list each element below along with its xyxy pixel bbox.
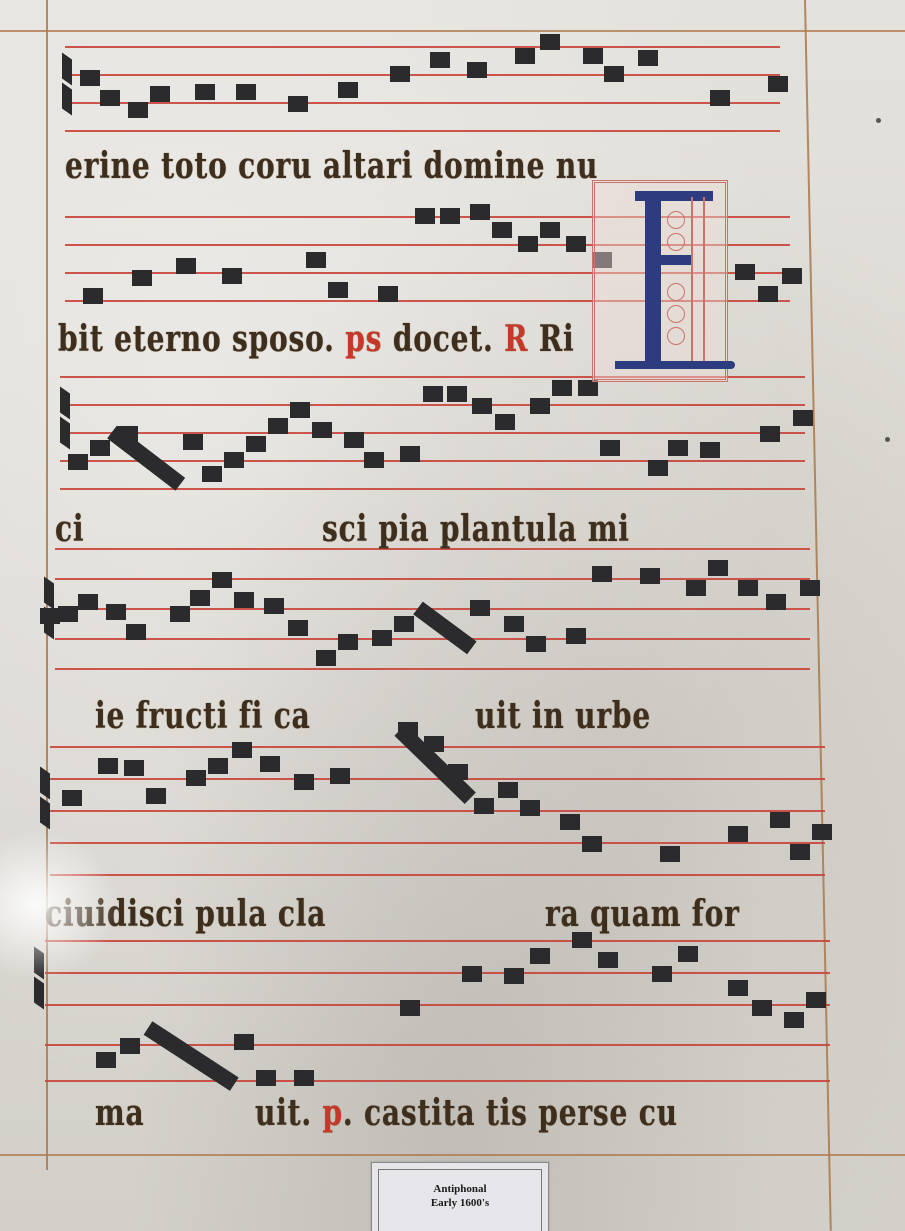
punctum-note: [312, 422, 332, 438]
punctum-note: [234, 592, 254, 608]
placard-frame: Antiphonal Early 1600's: [378, 1169, 542, 1231]
punctum-note: [768, 76, 788, 92]
punctum-note: [415, 208, 435, 224]
punctum-note: [330, 768, 350, 784]
punctum-note: [170, 606, 190, 622]
staff-line: [55, 668, 810, 670]
punctum-note: [495, 414, 515, 430]
punctum-note: [474, 798, 494, 814]
staff-line: [45, 940, 830, 942]
clef-icon: [40, 766, 50, 799]
punctum-note: [290, 402, 310, 418]
punctum-note: [504, 616, 524, 632]
punctum-note: [202, 466, 222, 482]
punctum-note: [598, 952, 618, 968]
lyric-text: ma: [95, 1092, 144, 1134]
punctum-note: [90, 440, 110, 456]
lyric-segment: uit.: [255, 1092, 323, 1134]
punctum-note: [812, 824, 832, 840]
punctum-note: [338, 82, 358, 98]
punctum-note: [150, 86, 170, 102]
punctum-note: [394, 616, 414, 632]
punctum-note: [604, 66, 624, 82]
punctum-note: [390, 66, 410, 82]
lyric-segment: . castita tis perse cu: [343, 1092, 678, 1134]
punctum-note: [766, 594, 786, 610]
punctum-note: [378, 286, 398, 302]
punctum-note: [735, 264, 755, 280]
initial-letter: F: [595, 183, 725, 184]
rubric-text: ps: [345, 318, 382, 360]
lyric-text: uit in urbe: [475, 695, 651, 737]
rubric-text: p: [323, 1092, 343, 1134]
lyric-segment: Ri: [528, 318, 574, 360]
punctum-note: [58, 606, 78, 622]
clef-icon: [62, 52, 72, 85]
punctum-note: [186, 770, 206, 786]
punctum-note: [222, 268, 242, 284]
lyric-segment: docet.: [382, 318, 504, 360]
punctum-note: [470, 600, 490, 616]
punctum-note: [68, 454, 88, 470]
staff-line: [65, 46, 780, 48]
illuminated-initial: F: [592, 180, 728, 382]
punctum-note: [652, 966, 672, 982]
punctum-note: [515, 48, 535, 64]
top-frame-rule: [0, 30, 905, 32]
punctum-note: [146, 788, 166, 804]
initial-penwork-column: [691, 197, 705, 367]
placard-date: Early 1600's: [431, 1196, 489, 1210]
punctum-note: [728, 980, 748, 996]
staff-line: [60, 404, 805, 406]
lyric-text: uit. p. castita tis perse cu: [255, 1092, 678, 1134]
light-glare: [0, 830, 120, 980]
punctum-note: [288, 620, 308, 636]
punctum-note: [752, 1000, 772, 1016]
lyric-text: erine toto coru altari domine nu: [65, 145, 598, 187]
punctum-note: [782, 268, 802, 284]
lyric-segment: ie fructi fi ca: [95, 695, 311, 737]
punctum-note: [770, 812, 790, 828]
staff-line: [50, 810, 825, 812]
punctum-note: [504, 968, 524, 984]
punctum-note: [344, 432, 364, 448]
staff-line: [45, 1080, 830, 1082]
punctum-note: [708, 560, 728, 576]
punctum-note: [440, 208, 460, 224]
punctum-note: [492, 222, 512, 238]
punctum-note: [472, 398, 492, 414]
punctum-note: [294, 1070, 314, 1086]
initial-foot-flourish: [615, 361, 735, 369]
bottom-frame-rule: [0, 1154, 905, 1156]
punctum-note: [552, 380, 572, 396]
punctum-note: [498, 782, 518, 798]
punctum-note: [430, 52, 450, 68]
punctum-note: [686, 580, 706, 596]
initial-stem: [645, 191, 661, 369]
punctum-note: [710, 90, 730, 106]
lyric-text: ra quam for: [545, 893, 740, 935]
lyric-segment: sci pia plantula mi: [322, 508, 630, 550]
placard-title: Antiphonal: [433, 1182, 486, 1196]
punctum-note: [83, 288, 103, 304]
lyric-text: bit eterno sposo. ps docet. R Ri: [58, 318, 574, 360]
initial-ornament-circle: [667, 233, 685, 251]
punctum-note: [678, 946, 698, 962]
punctum-note: [264, 598, 284, 614]
punctum-note: [372, 630, 392, 646]
staff-line: [60, 432, 805, 434]
punctum-note: [467, 62, 487, 78]
lyric-segment: bit eterno sposo.: [58, 318, 345, 360]
punctum-note: [640, 568, 660, 584]
punctum-note: [530, 398, 550, 414]
staff-line: [45, 1004, 830, 1006]
lyric-segment: ci: [55, 508, 84, 550]
punctum-note: [530, 948, 550, 964]
punctum-note: [246, 436, 266, 452]
punctum-note: [128, 102, 148, 118]
punctum-note: [638, 50, 658, 66]
punctum-note: [560, 814, 580, 830]
punctum-note: [78, 594, 98, 610]
punctum-note: [470, 204, 490, 220]
punctum-note: [566, 236, 586, 252]
punctum-note: [176, 258, 196, 274]
punctum-note: [126, 624, 146, 640]
punctum-note: [800, 580, 820, 596]
punctum-note: [316, 650, 336, 666]
punctum-note: [195, 84, 215, 100]
punctum-note: [784, 1012, 804, 1028]
punctum-note: [582, 836, 602, 852]
punctum-note: [106, 604, 126, 620]
punctum-note: [566, 628, 586, 644]
punctum-note: [120, 1038, 140, 1054]
punctum-note: [294, 774, 314, 790]
punctum-note: [668, 440, 688, 456]
staff-line: [50, 842, 825, 844]
punctum-note: [190, 590, 210, 606]
lyric-text: sci pia plantula mi: [322, 508, 630, 550]
clef-icon: [60, 416, 70, 449]
punctum-note: [793, 410, 813, 426]
punctum-note: [520, 800, 540, 816]
clef-icon: [60, 386, 70, 419]
punctum-note: [338, 634, 358, 650]
lyric-segment: erine toto coru altari domine nu: [65, 145, 598, 187]
staff-line: [65, 130, 780, 132]
staff-line: [55, 638, 810, 640]
punctum-note: [790, 844, 810, 860]
punctum-note: [728, 826, 748, 842]
punctum-note: [540, 34, 560, 50]
staff-line: [65, 74, 780, 76]
punctum-note: [738, 580, 758, 596]
punctum-note: [288, 96, 308, 112]
clef-icon: [40, 796, 50, 829]
punctum-note: [234, 1034, 254, 1050]
rubric-text: R: [504, 318, 528, 360]
lyric-segment: ma: [95, 1092, 144, 1134]
punctum-note: [236, 84, 256, 100]
punctum-note: [447, 386, 467, 402]
punctum-note: [306, 252, 326, 268]
punctum-note: [124, 760, 144, 776]
pin-hole: [885, 437, 890, 442]
parchment-leaf: erine toto coru altari domine nubit eter…: [0, 0, 905, 1231]
punctum-note: [760, 426, 780, 442]
museum-placard: Antiphonal Early 1600's: [371, 1162, 549, 1231]
punctum-note: [540, 222, 560, 238]
lyric-text: ie fructi fi ca: [95, 695, 311, 737]
initial-crossbar: [661, 255, 691, 265]
punctum-note: [400, 1000, 420, 1016]
lyric-segment: ra quam for: [545, 893, 740, 935]
punctum-note: [660, 846, 680, 862]
punctum-note: [132, 270, 152, 286]
staff-line: [60, 460, 805, 462]
clef-icon: [34, 976, 44, 1009]
punctum-note: [583, 48, 603, 64]
punctum-note: [364, 452, 384, 468]
staff-line: [65, 102, 780, 104]
punctum-note: [462, 966, 482, 982]
punctum-note: [260, 756, 280, 772]
punctum-note: [62, 790, 82, 806]
pin-hole: [876, 118, 881, 123]
punctum-note: [700, 442, 720, 458]
punctum-note: [232, 742, 252, 758]
initial-ornament-circle: [667, 283, 685, 301]
punctum-note: [256, 1070, 276, 1086]
punctum-note: [423, 386, 443, 402]
punctum-note: [224, 452, 244, 468]
punctum-note: [212, 572, 232, 588]
punctum-note: [80, 70, 100, 86]
punctum-note: [648, 460, 668, 476]
punctum-note: [208, 758, 228, 774]
staff-line: [45, 972, 830, 974]
punctum-note: [578, 380, 598, 396]
punctum-note: [268, 418, 288, 434]
punctum-note: [518, 236, 538, 252]
initial-ornament-circle: [667, 211, 685, 229]
punctum-note: [600, 440, 620, 456]
initial-ornament-circle: [667, 305, 685, 323]
punctum-note: [758, 286, 778, 302]
initial-ornament-circle: [667, 327, 685, 345]
punctum-note: [96, 1052, 116, 1068]
staff-line: [50, 874, 825, 876]
punctum-note: [98, 758, 118, 774]
punctum-note: [328, 282, 348, 298]
punctum-note: [526, 636, 546, 652]
lyric-text: ci: [55, 508, 84, 550]
punctum-note: [100, 90, 120, 106]
punctum-note: [400, 446, 420, 462]
right-frame-rule: [804, 0, 832, 1231]
ligature-note: [107, 426, 185, 491]
punctum-note: [183, 434, 203, 450]
punctum-note: [592, 566, 612, 582]
clef-icon: [62, 82, 72, 115]
punctum-note: [806, 992, 826, 1008]
lyric-segment: uit in urbe: [475, 695, 651, 737]
